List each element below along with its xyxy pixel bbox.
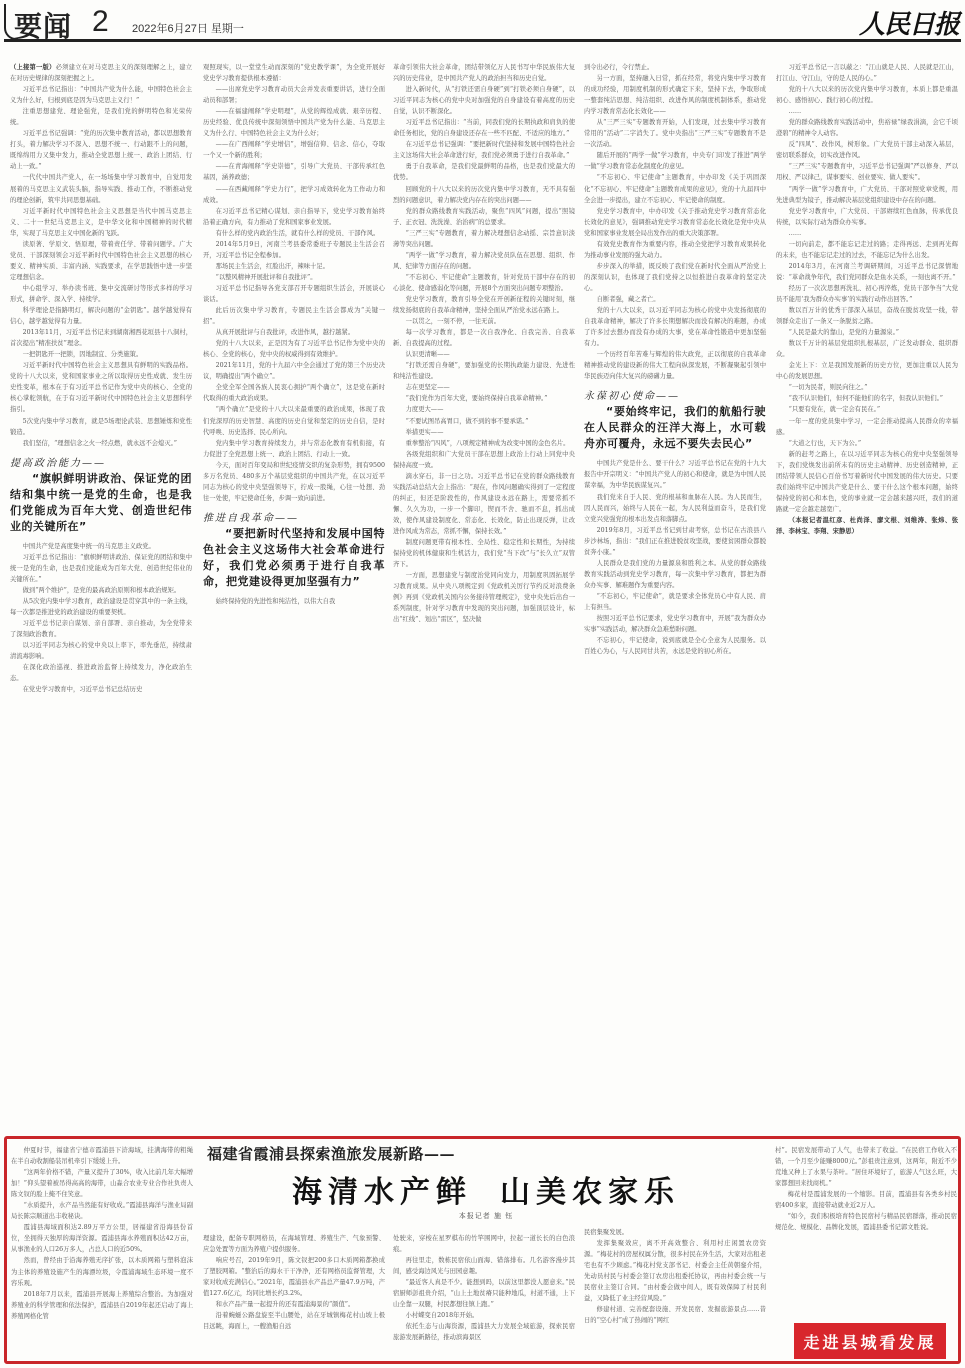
paragraph: “我不认识他们，但何不能他们的名字，但我认识他们。” xyxy=(776,393,958,404)
subhead-quote: “要把新时代坚持和发展中国特色社会主义这场伟大社会革命进行好，我们党必须勇于进行… xyxy=(203,526,385,590)
feature-headline: 海清水产鲜山美农家乐 xyxy=(203,1167,769,1211)
paragraph: 勇于自我革命，是我们党最鲜明的品格，也是我们党最大的优势。 xyxy=(393,161,575,183)
paragraph: 一把钥匙开一把锁，因地制宜、分类施策。 xyxy=(10,349,192,360)
paragraph: 2018年7月以来，霞浦县开展海上养殖综合整治。为加强对养殖业的科学管理和依法保… xyxy=(11,1289,193,1322)
article-column-1: （上接第一版）必须建立在对马克思主义的深刻理解之上，建立在对历史规律的深刻把握之… xyxy=(10,62,192,1132)
paragraph: （上接第一版）必须建立在对马克思主义的深刻理解之上，建立在对历史规律的深刻把握之… xyxy=(10,62,192,84)
reporter-byline: （本报记者温红彦、杜尚泽、廖文根、刘维涛、张炜、张洋、李林宝、李翔、宋静思） xyxy=(776,515,958,537)
article-column-3: 革命引领伟大社会革命，团结带领亿万人民书写中华民族伟大复兴的历史伟业，是中国共产… xyxy=(393,62,575,1132)
paragraph: 在习近平总书记强调：“要把新时代坚持和发展中国特色社会主义这场伟大社会革命进行好… xyxy=(393,139,575,161)
paragraph: 党的十八大以来，正是因为有了习近平总书记作为党中央的核心、全党的核心，党中央的权… xyxy=(203,338,385,360)
paragraph: 村”。民宿发展带动了人气，也带来了收益。“在民宿工作收入不错，一个月至少能赚80… xyxy=(775,1145,957,1189)
paragraph: 习近平新时代中国特色社会主义思想是当代中国马克思主义、二十一世纪马克思主义，是中… xyxy=(10,206,192,239)
series-badge: 走进县城看发展 xyxy=(794,1323,946,1359)
paragraph: 按照习近平总书记要求，党史学习教育中，开展“我为群众办实事”实践活动，解决群众急… xyxy=(584,613,766,635)
continued-from-label: （上接第一版） xyxy=(10,64,56,71)
paragraph: 党史学习教育，教育引导全党在开创新征程的关键时刻，继续发扬彻底的自我革命精神，坚… xyxy=(393,294,575,316)
paragraph: 理建设，配备专职网格员，在海域管理、养殖生产、气象预警、应急处置等方面为养殖户提… xyxy=(203,1233,385,1255)
paragraph: 习近平新时代中国特色社会主义思想具有鲜明的实践品格。党的十八大以来，党和国家事业… xyxy=(10,360,192,415)
paragraph: …… xyxy=(776,106,958,117)
paragraph: …… xyxy=(776,228,958,239)
paragraph: 一代代中国共产党人，在一场场集中学习教育中，自觉用发展着的马克思主义武装头脑，指… xyxy=(10,172,192,205)
feature-reporter: 本报记者 施 钰 xyxy=(203,1211,769,1221)
paragraph: “不忘初心、牢记使命”主题教育，中办印发《关于巩固深化“不忘初心、牢记使命”主题… xyxy=(584,172,766,205)
paragraph: 党的群众路线教育实践活动中，焦裕禄“绿我涓滴，会它千顷澄碧”的精神令人动容。 xyxy=(776,117,958,139)
feature-kicker: 福建省霞浦县探索渔旅发展新路—— xyxy=(207,1143,455,1164)
paragraph: 经历了一次次思想再洗礼、初心再淬炼，党员干部争当“大党员不能用‘我为群众办实事’… xyxy=(776,283,958,305)
paragraph: 党的十八大以来的历次党内集中学习教育，本质上都是重温初心、感悟初心、践行初心的过… xyxy=(776,84,958,106)
paragraph: 做到“两个维护”，是党的最高政治原则和根本政治规矩。 xyxy=(10,585,192,596)
paragraph: 2014年5月9日，河南兰考县委常委班子专题民主生活会召开，习近平总书记全程参加… xyxy=(203,239,385,261)
paragraph: 习近平总书记指出：“旗帜鲜明讲政治、保证党的团结和集中统一是党的生命，也是我们党… xyxy=(10,552,192,585)
paragraph: 不忘初心，牢记使命，说到底就是全心全意为人民服务。以百姓心为心，与人民同甘共苦，… xyxy=(584,635,766,657)
paragraph: 响应号召，2019年9月，陈文钗把200多口木质网箱都换成了塑胶网箱。“整治后的… xyxy=(203,1255,385,1299)
paragraph: “不忘初心，牢记使命”，就是要求全体党员心中有人民、肩上有担当。 xyxy=(584,591,766,613)
paragraph: 再往里走，数栋民宿依山面海、错落排布。几名游客漫步其间，感受海边风光与田园意趣。 xyxy=(393,1255,575,1277)
paragraph: 2013年11月，习近平总书记来到湖南湘西花垣县十八洞村，首次提出“精准扶贫”理… xyxy=(10,327,192,349)
paragraph: 仲夏时节，福建省宁德市霞浦县下浒海域，挂满海带的粗绳在半自动收割船装吊机牵引下缓… xyxy=(11,1145,193,1167)
paragraph: 力度更大—— xyxy=(393,404,575,415)
paragraph: “三严三实”专题教育中，习近平总书记强调“严以修身、严以用权、严以律己，谋事要实… xyxy=(776,161,958,183)
article-column-4: 到令出必行，令行禁止。 另一方面，坚持融入日常，抓在经常，将党内集中学习教育的成… xyxy=(584,62,766,1132)
paragraph: 在党史学习教育中，习近平总书记总结历史 xyxy=(10,684,192,695)
paragraph: 2021年11月，党的十九届六中全会通过了党的第三个历史决议，明确提出“两个确立… xyxy=(203,360,385,382)
paragraph: “如今，我们积极培育特色民宿村与精品民宿群落，推动民宿规范化、规模化、品牌化发展… xyxy=(775,1211,957,1233)
paragraph: ——出席党史学习教育动员大会并发表重要讲话，进行全面动员和部署； xyxy=(203,84,385,106)
paragraph: 2014年3月，在河南兰考调研期间，习近平总书记深情地说：“革命战争年代，我们党… xyxy=(776,261,958,283)
paragraph: 依托生态与山海资源，霞浦县大力发展全域旅游，探索民宿旅游发展新路径，推动滨海景区 xyxy=(393,1321,575,1343)
paragraph: 那场民主生活会，红脸出汗，辣味十足。 xyxy=(203,261,385,272)
paragraph: 观照现实，以一堂堂生动而深刻的“党史教学课”，为全党开展好党史学习教育提供根本遵… xyxy=(203,62,385,84)
paragraph: 各级党组织和广大党员干部在思想上政治上行动上同党中央保持高度一致。 xyxy=(393,449,575,471)
paragraph: 每一次学习教育，都是一次自我净化、自我完善、自我革新、自我提高的过程。 xyxy=(393,327,575,349)
paragraph: 重拳整治“四风”，八项规定精神成为改变中国的金色名片。 xyxy=(393,438,575,449)
paragraph: 沿着蜿蜒公路盘旋至半山腰处，站在牙城镇梅花村山坡上极目远眺，海面上，一艘渔船自远 xyxy=(203,1310,385,1332)
paragraph: ——在西藏阐释“学史力行”，把学习成效转化为工作动力和成效。 xyxy=(203,184,385,206)
paragraph: 志在更坚定—— xyxy=(393,382,575,393)
paragraph: 自断者强，藏之者亡。 xyxy=(584,294,766,305)
paragraph: “我们党作为百年大党，要始终保持自我革命精神。” xyxy=(393,393,575,404)
paragraph: 发挥集聚效应，离不开高效整合、利用村庄闲置农房资源。“梅花村的房屋权属分散，很多… xyxy=(584,1238,766,1304)
paragraph: 习近平总书记指出：“当前，同我们党的长期执政和肩负的使命任务相比，党的自身建设还… xyxy=(393,117,575,139)
paragraph: “这两年价格不错，产量又提升了30%，收入比前几年大幅增加！”仰头望着被吊得高高… xyxy=(11,1167,193,1200)
paragraph: 从5次党内集中学习教育，政治建设是贯穿其中的一条主线，每一次都是推进党的政治建设… xyxy=(10,596,192,618)
paragraph: 处驶来，穿梭在星罗棋布的竹竿围网中，拉起一道长长的白色浪痕。 xyxy=(393,1233,575,1255)
paragraph: “三严三实”专题教育，着力解决理想信念动摇、宗旨意识淡薄等突出问题。 xyxy=(393,228,575,250)
paragraph: 全党全军全国各族人民衷心拥护“两个确立”，这是党在新时代取得的重大政治成果。 xyxy=(203,382,385,404)
paragraph: “人民是最大的靠山，是党的力量源泉。” xyxy=(776,327,958,338)
paragraph: 和水产品产量一起提升的还有霞浦海景的“颜值”。 xyxy=(203,1299,385,1310)
paragraph: “不要试图吊高胃口，做不到的事不要承诺。” xyxy=(393,416,575,427)
paragraph: 党史学习教育中，广大党员、干部赓续红色血脉，传承优良传统，以实际行动为群众办实事… xyxy=(776,206,958,228)
paragraph: “两学一做”学习教育，着力解决党员队伍在思想、组织、作风、纪律等方面存在的问题。 xyxy=(393,250,575,272)
paragraph: 读原著、学原文、悟原理，带着责任学、带着问题学。广大党员、干部深刻领会习近平新时… xyxy=(10,239,192,283)
paragraph: 回顾党的十八大以来的历次党内集中学习教育，无不具有强烈的问题意识，着力解决党内存… xyxy=(393,184,575,206)
page-number: 2 xyxy=(92,5,109,39)
headline-part-2: 山美农家乐 xyxy=(500,1175,680,1210)
newspaper-logo: 人民日报 xyxy=(859,4,959,41)
paragraph: 滴水穿石，非一日之功。习近平总书记在党的群众路线教育实践活动总结大会上指出：“现… xyxy=(393,471,575,537)
section-subhead: 永葆初心使命—— “要始终牢记，我们的航船行驶在人民群众的汪洋大海上，水可载舟亦… xyxy=(584,390,766,452)
article-column-5: 习近平总书记一言以蔽之：“江山就是人民、人民就是江山，打江山、守江山，守的是人民… xyxy=(776,62,958,1132)
paragraph: 进入新时代，从“打铁还需自身硬”到“打铁必须自身硬”，以习近平同志为核心的党中央… xyxy=(393,84,575,117)
paragraph: 今天，面对百年变局和世纪疫情交织的复杂形势，拥有9500多万名党员、480多万个… xyxy=(203,460,385,504)
paragraph: 人民群众是我们党的力量源泉和胜利之本。从党的群众路线教育实践活动到党史学习教育，… xyxy=(584,558,766,591)
paragraph: 党的十八大以来，以习近平同志为核心的党中央发扬彻底的自我革命精神，解决了许多长期… xyxy=(584,305,766,349)
paragraph: 5次党内集中学习教育，就是5场理论武装、思想锤炼和党性锻造。 xyxy=(10,416,192,438)
paragraph: 2019年8月，习近平总书记到甘肃考察，总书记在古浪县八步沙林场，指出：“我们正… xyxy=(584,525,766,558)
subhead-quote: “要始终牢记，我们的航船行驶在人民群众的汪洋大海上，水可载舟亦可覆舟，永远不要失… xyxy=(584,404,766,452)
paragraph: ——在青海阐释“学史崇德”，引导广大党员、干部传承红色基因，涵养政德； xyxy=(203,161,385,183)
paragraph: 举措更实—— xyxy=(393,427,575,438)
article-column-2: 观照现实，以一堂堂生动而深刻的“党史教学课”，为全党开展好党史学习教育提供根本遵… xyxy=(203,62,385,1132)
masthead: 要闻 2 2022年6月27日 星期一 人民日报 xyxy=(4,4,961,42)
paragraph: 然而，曾经由于沿海养殖无序扩张，以木质网箱与塑料泡沫为主体的养殖设施产生的海漂垃… xyxy=(11,1255,193,1288)
paragraph: 科学理论是指路明灯，解决问题的“金钥匙”。越学越觉得有信心，越学越觉得有力量。 xyxy=(10,305,192,327)
paragraph: “以整风精神开展批评和自我批评”。 xyxy=(203,272,385,283)
paragraph: 有什么样的党内政治生活，就有什么样的党员、干部作风。 xyxy=(203,228,385,239)
feature-column-3: 处驶来，穿梭在星罗棋布的竹竿围网中，拉起一道长长的白色浪痕。 再往里走，数栋民宿… xyxy=(393,1233,575,1361)
paragraph: 党内集中学习教育持续发力，并与常态化教育有机衔接，有力促进了全党思想上统一、政治… xyxy=(203,438,385,460)
feature-article-box: 仲夏时节，福建省宁德市霞浦县下浒海域，挂满海带的粗绳在半自动收割船装吊机牵引下缓… xyxy=(4,1136,961,1364)
paragraph: ——在广西阐释“学史增信”，增强信仰、信念、信心，夺取一个又一个新的胜利； xyxy=(203,139,385,161)
paragraph: 梅花村是霞浦发展的一个缩影。目前，霞浦县有各类乡村民宿400多家，直接带动就业近… xyxy=(775,1189,957,1211)
paragraph: 习近平总书记指出：“中国共产党为什么能，中国特色社会主义为什么好，归根到底是因为… xyxy=(10,84,192,106)
subhead-quote: “旗帜鲜明讲政治、保证党的团结和集中统一是党的生命，也是我们党能成为百年大党、创… xyxy=(10,471,192,535)
paragraph: 金光上下：立足我国发展新的历史方位，更加注重以人民为中心的发展思想。 xyxy=(776,360,958,382)
paragraph: 有效党史教育作为重要内容，推动全党把学习教育成果转化为推动事业发展的强大动力。 xyxy=(584,239,766,261)
paragraph: 从“三严三实”专题教育开始，人们发现，过去集中学习教育常用的“活动”二字消失了。… xyxy=(584,117,766,150)
paragraph: 小村蝶变自2018年开始。 xyxy=(393,1310,575,1321)
paragraph: 一以贯之，一刻不停，一往无前。 xyxy=(393,316,575,327)
paragraph: 从真开展批评与自我批评，改进作风，越拧越紧。 xyxy=(203,327,385,338)
paragraph: “最近客人真是不少。能想到吗，以前这里都没人愿意来。”民宿厨师彭祖贵介绍，“山上… xyxy=(393,1277,575,1310)
paragraph: 习近平总书记指导各党支部召开专题组织生活会，开展谈心谈话。 xyxy=(203,283,385,305)
paragraph: 始终保持党的先进性和纯洁性，以伟大自我 xyxy=(203,596,385,607)
section-subhead: 提高政治能力—— “旗帜鲜明讲政治、保证党的团结和集中统一是党的生命，也是我们党… xyxy=(10,457,192,535)
paragraph: “一切为民者，则民向往之。” xyxy=(776,382,958,393)
headline-part-1: 海清水产鲜 xyxy=(292,1175,472,1210)
paragraph: 习近平总书记一言以蔽之：“江山就是人民、人民就是江山，打江山、守江山，守的是人民… xyxy=(776,62,958,84)
feature-column-2: 理建设，配备专职网格员，在海域管理、养殖生产、气象预警、应急处置等方面为养殖户提… xyxy=(203,1233,385,1361)
subhead-kicker: 推进自我革命—— xyxy=(203,512,385,526)
paragraph: 一个历经百年苦难与辉煌的伟大政党，正以彻底的自我革命精神推动党的建设新的伟大工程… xyxy=(584,349,766,382)
paragraph: 中心组学习、举办读书班、集中交流研讨等形式多样的学习形式，拼命学、深入学、持续学… xyxy=(10,283,192,305)
paragraph: 习近平总书记强调：“党的历次集中教育活动，都以思想教育打头，着力解决学习不深入、… xyxy=(10,128,192,172)
paragraph: “只要有党在，就一定会有民在。” xyxy=(776,404,958,415)
paragraph: 注重思想建党、理论强党，是我们党的鲜明特色和光荣传统。 xyxy=(10,106,192,128)
paragraph: 数以千万计的基层党组织扎根基层，广泛发动群众、组织群众。 xyxy=(776,338,958,360)
paragraph: 一方面，思想建党与制度治党同向发力，用制度巩固拓展学习教育成果。从中央八项规定到… xyxy=(393,570,575,625)
paragraph: 数以百万计的优秀干部深入基层，奋战在脱贫攻坚一线，带领群众走出了一条又一条脱贫之… xyxy=(776,305,958,327)
feature-column-5: 村”。民宿发展带动了人气，也带来了收益。“在民宿工作收入不错，一个月至少能赚80… xyxy=(775,1145,957,1295)
paragraph: 认识更清晰—— xyxy=(393,349,575,360)
paragraph: “两个确立”是党的十八大以来最重要的政治成果，体现了我们党深厚的历史智慧、高度的… xyxy=(203,404,385,437)
paragraph: 随后开展的“两学一做”学习教育，中央专门印发了推进“两学一做”学习教育常态化制度… xyxy=(584,150,766,172)
paragraph: 党的群众路线教育实践活动，聚焦“四风”问题，提出“照镜子、正衣冠、洗洗澡、治治病… xyxy=(393,206,575,228)
paragraph: 另一方面，坚持融入日常，抓在经常，将党内集中学习教育的成功经验，用制度机制的形式… xyxy=(584,73,766,117)
paragraph: 以习近平同志为核心的党中央以上率下，率先垂范，持续肃清流毒影响。 xyxy=(10,640,192,662)
paragraph: 我们党来自于人民、党的根基和血脉在人民。为人民而生，因人民而兴，始终与人民在一起… xyxy=(584,492,766,525)
paragraph: 中国共产党是什么、要干什么？习近平总书记在党的十九大报告中开宗明义：“中国共产党… xyxy=(584,458,766,491)
paragraph: ——在福建阐释“学史明理”，从党的辉煌成就、艰辛历程、历史经验、优良传统中深刻领… xyxy=(203,106,385,139)
issue-date: 2022年6月27日 星期一 xyxy=(132,20,244,36)
section-title: 要闻 xyxy=(14,5,72,45)
section-subhead: 推进自我革命—— “要把新时代坚持和发展中国特色社会主义这场伟大社会革命进行好，… xyxy=(203,512,385,590)
paragraph: 民宿集聚发展。 xyxy=(584,1227,766,1238)
paragraph: 到令出必行，令行禁止。 xyxy=(584,62,766,73)
paragraph: 习近平总书记亲自谋划、亲自部署、亲自推动，为全党带来了深刻政治教育。 xyxy=(10,618,192,640)
paragraph: 反“四风”、改作风，树形象。广大党员干部主动深入基层，密切联系群众，切实改进作风… xyxy=(776,139,958,161)
paragraph: “打铁还需自身硬”，要加强党的长期执政能力建设、先进性和纯洁性建设。 xyxy=(393,360,575,382)
paragraph: 此后历次集中学习教育，专题民主生活会都成为“关键一招”。 xyxy=(203,305,385,327)
paragraph: 修建村道、完善配套设施、开发民宿、发掘旅游景点……昔日的“空心村”成了热闹的“网… xyxy=(584,1304,766,1326)
paragraph: 一切向前走，都不能忘记走过的路；走得再远、走到再光辉的未来，也不能忘记走过的过去… xyxy=(776,239,958,261)
paragraph: 新的赶考之路上，在以习近平同志为核心的党中央坚强领导下，我们党焕发出前所未有的历… xyxy=(776,449,958,515)
paragraph: 制度问题更带有根本性、全局性、稳定性和长期性，为持续保持党的机体健康和生机活力，… xyxy=(393,537,575,570)
paragraph: 步步深入的举措，既反映了我们党在新时代全面从严治党上的深刻认识，也体现了我们党持… xyxy=(584,261,766,294)
paragraph: 霞浦县海域面积达2.89万平方公里，居福建省沿海县份首位，坐拥得天独厚的海洋资源… xyxy=(11,1222,193,1255)
subhead-kicker: 永葆初心使命—— xyxy=(584,390,766,404)
feature-column-4: 民宿集聚发展。 发挥集聚效应，离不开高效整合、利用村庄闲置农房资源。“梅花村的房… xyxy=(584,1227,766,1361)
paragraph: 在深化政治巡视、推进政治监督上持续发力，净化政治生态。 xyxy=(10,662,192,684)
paragraph: “水质提升，水产品当然能有好收成。”霞浦县海洋与渔业局副局长陈宗顺道出丰收秘诀。 xyxy=(11,1200,193,1222)
feature-column-1: 仲夏时节，福建省宁德市霞浦县下浒海域，挂满海带的粗绳在半自动收割船装吊机牵引下缓… xyxy=(11,1145,193,1361)
paragraph: “不忘初心、牢记使命”主题教育，针对党员干部中存在的初心淡化、使命感弱化等问题，… xyxy=(393,272,575,294)
paragraph: 党史学习教育中，中办印发《关于推动党史学习教育常态化长效化的意见》，强调推动党史… xyxy=(584,206,766,239)
paragraph: 一年一度的党员集中学习，一定会推动提高人民群众的幸福感。 xyxy=(776,416,958,438)
subhead-kicker: 提高政治能力—— xyxy=(10,457,192,471)
paragraph: 中国共产党是高度集中统一的马克思主义政党。 xyxy=(10,541,192,552)
paragraph: 革命引领伟大社会革命，团结带领亿万人民书写中华民族伟大复兴的历史伟业，是中国共产… xyxy=(393,62,575,84)
paragraph: “两学一做”学习教育中，广大党员、干部对照党章党规，用先进典型为镜子，推动解决基… xyxy=(776,184,958,206)
paragraph: 在习近平总书记精心谋划、亲自指导下，党史学习教育始终沿着正确方向，有力推动了党和… xyxy=(203,206,385,228)
paragraph: 我们坚信，“理想信念之火一经点燃，就永远不会熄灭。” xyxy=(10,438,192,449)
paragraph: “大道之行也，天下为公。” xyxy=(776,438,958,449)
